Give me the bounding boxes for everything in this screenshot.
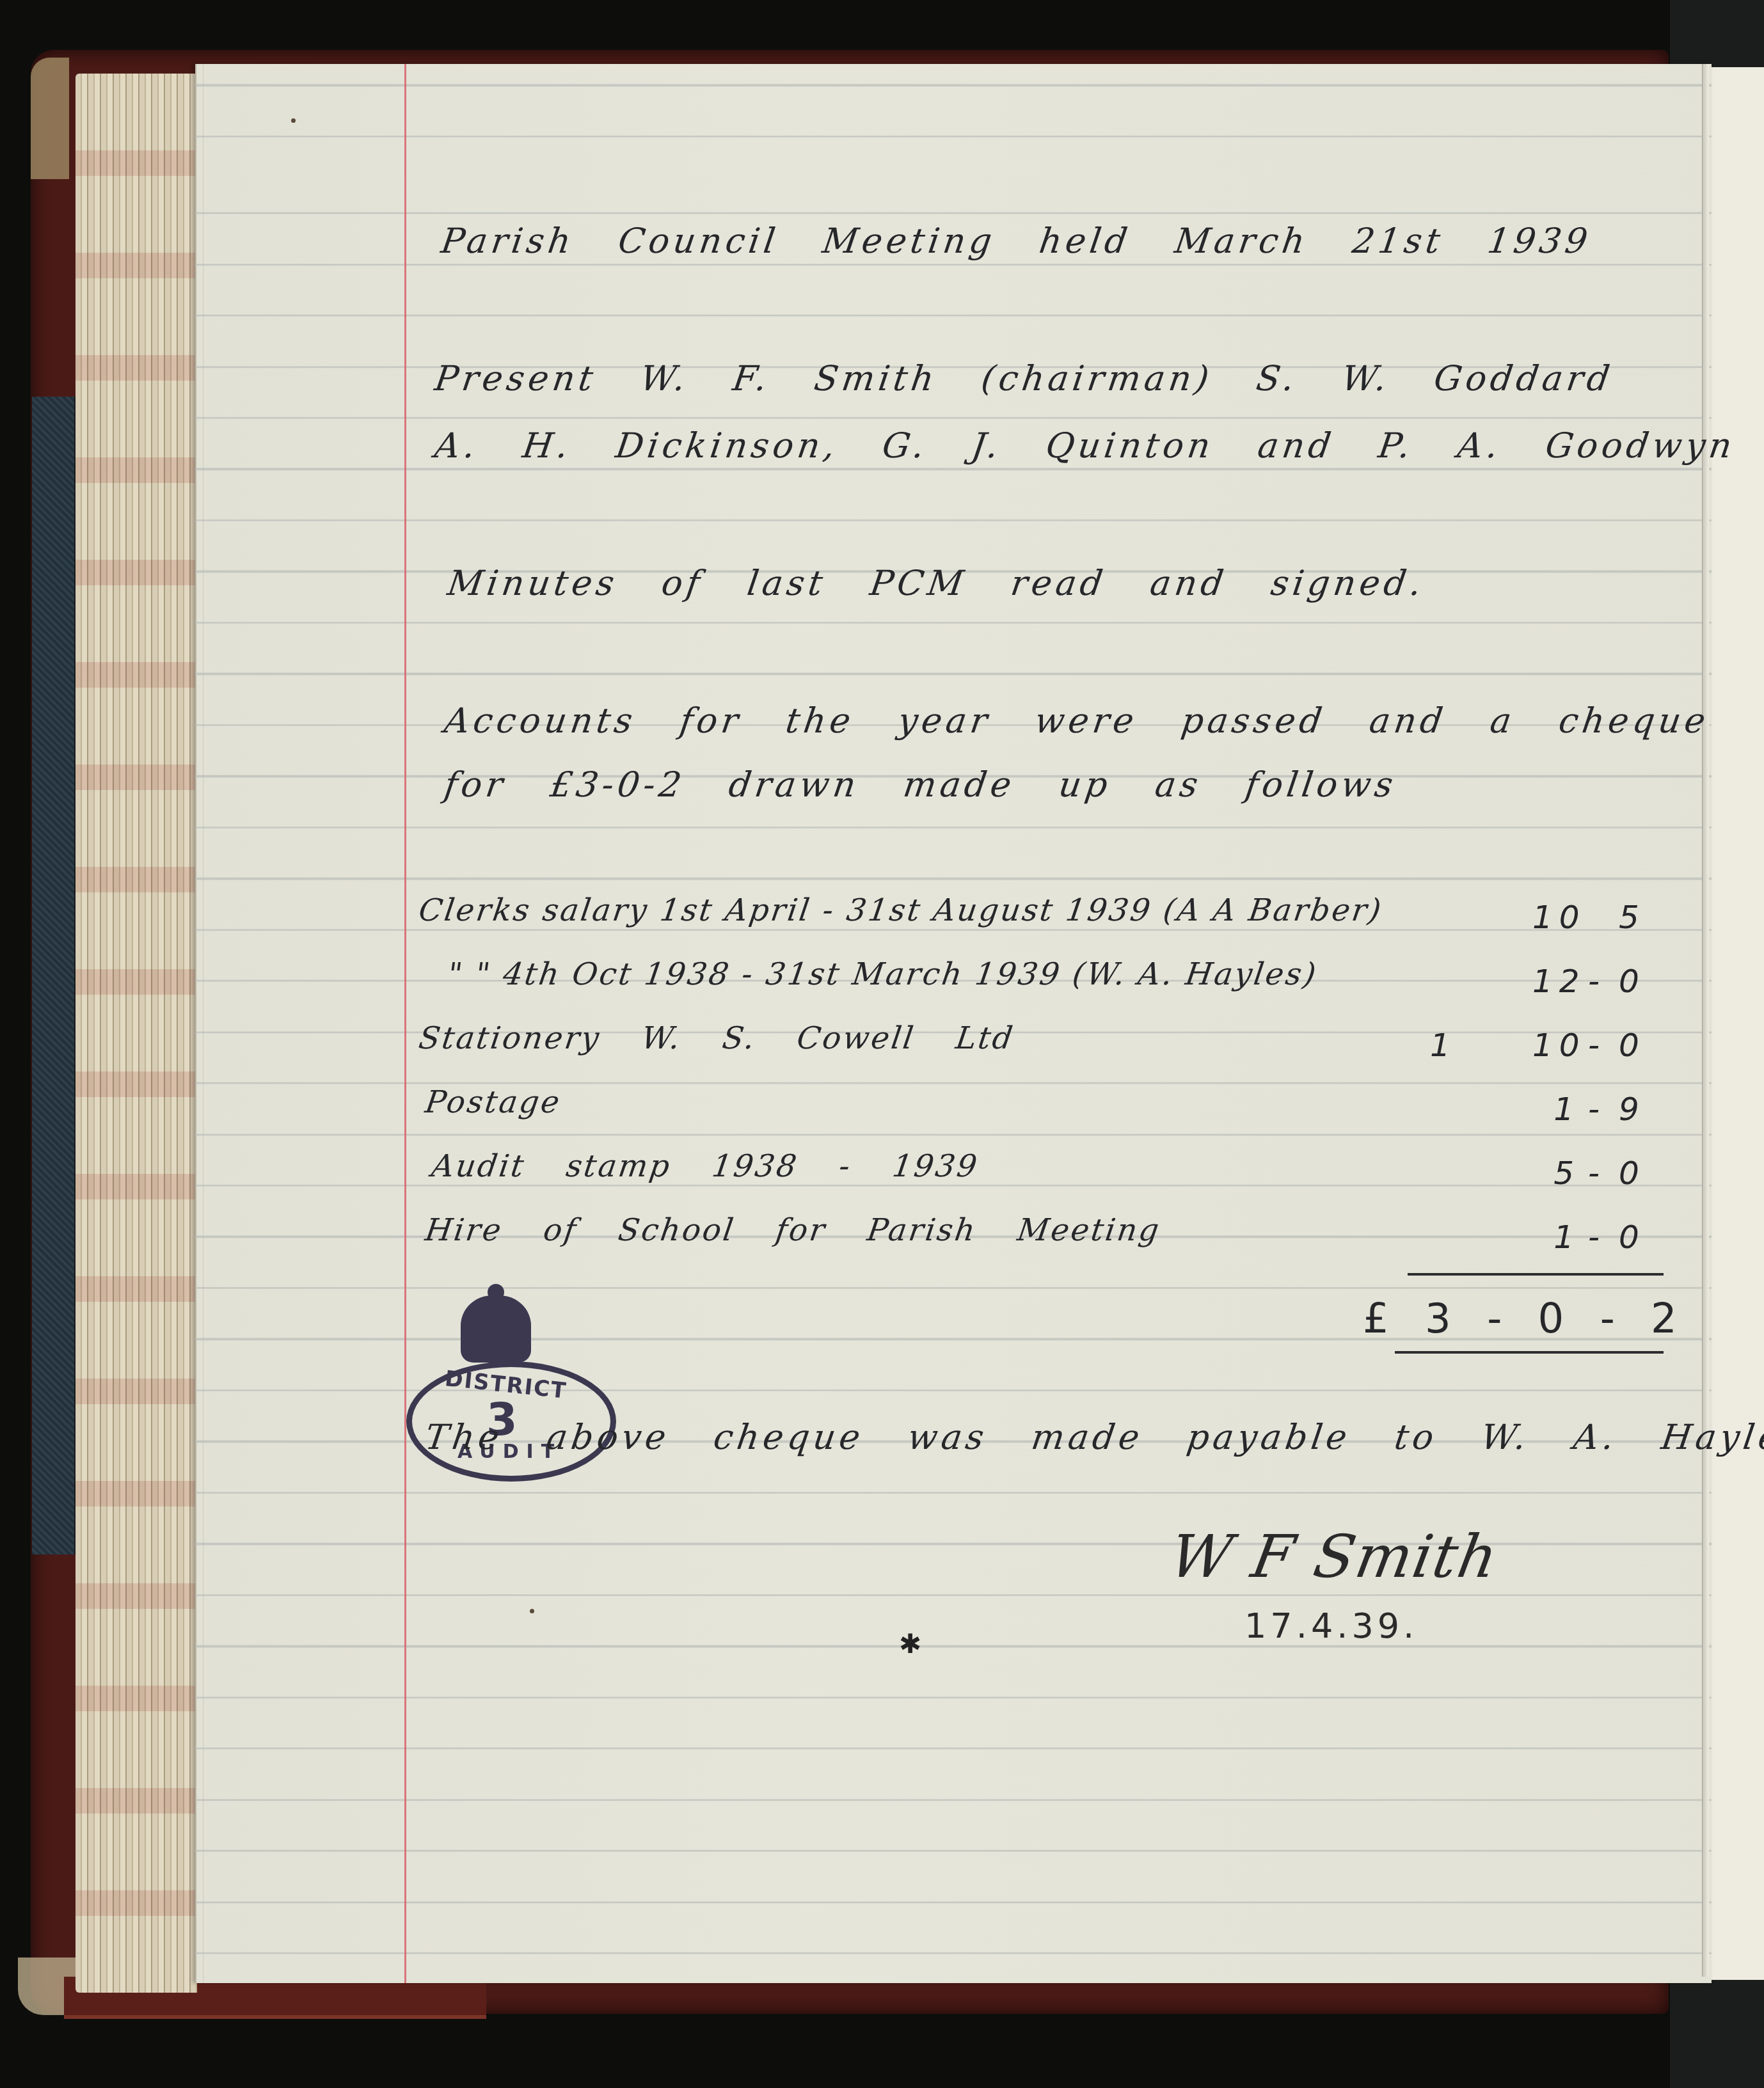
- facing-page-edge: [1708, 67, 1764, 1980]
- page-gutter: [1702, 64, 1709, 1977]
- ledger-row-dash: -: [1587, 1027, 1606, 1064]
- ledger-row-description: Postage: [423, 1084, 564, 1120]
- paper-speck: [291, 118, 296, 123]
- ledger-row-dash: -: [1587, 1219, 1606, 1256]
- ledger-row-description: Hire of School for Parish Meeting: [423, 1212, 1163, 1248]
- ledger-row-pence: 0: [1619, 1155, 1644, 1192]
- ledger-row-shillings: 10: [1532, 1027, 1584, 1064]
- payee-statement: The above cheque was made payable to W. …: [423, 1417, 1764, 1457]
- ledger-row-pounds: 1: [1430, 1027, 1456, 1064]
- ledger-row-shillings: 10: [1532, 899, 1584, 936]
- accounts-line-2: for £3-0-2 drawn made up as follows: [442, 764, 1399, 805]
- ledger-row-dash: -: [1587, 1091, 1606, 1128]
- red-margin-line: [404, 64, 406, 1983]
- ledger-row-shillings: 5: [1548, 1155, 1580, 1192]
- chairman-signature: W F Smith: [1165, 1522, 1504, 1591]
- total-rule-bottom: [1395, 1351, 1664, 1354]
- ledger-row-shillings: 12: [1532, 963, 1584, 1000]
- ledger-row-pence: 5: [1619, 899, 1644, 936]
- ledger-row-pence: 0: [1619, 1027, 1644, 1064]
- ledger-row-pence: 0: [1619, 963, 1644, 1000]
- minutes-approval: Minutes of last PCM read and signed.: [445, 563, 1428, 603]
- ledger-row-shillings: 1: [1548, 1091, 1580, 1128]
- spine-cloth: [32, 397, 75, 1554]
- ledger-row-description: Audit stamp 1938 - 1939: [429, 1148, 981, 1184]
- ledger-row-pence: 0: [1619, 1219, 1644, 1256]
- attendance-line-1: Present W. F. Smith (chairman) S. W. God…: [433, 358, 1616, 399]
- ledger-row-pence: 9: [1619, 1091, 1644, 1128]
- ledger-row-description: Clerks salary 1st April - 31st August 19…: [417, 892, 1385, 928]
- accounts-line-1: Accounts for the year were passed and a …: [442, 700, 1712, 741]
- paper-speck: [530, 1609, 534, 1613]
- ledger-row-dash: -: [1587, 1155, 1606, 1192]
- crown-icon: [461, 1295, 531, 1363]
- ledger-row-description: " " 4th Oct 1938 - 31st March 1939 (W. A…: [445, 956, 1320, 992]
- meeting-heading: Parish Council Meeting held March 21st 1…: [439, 221, 1594, 261]
- worn-cover-corner-top: [31, 58, 69, 179]
- ledger-row-dash: -: [1587, 963, 1606, 1000]
- page-edge-stack: [75, 74, 197, 1993]
- total-rule-top: [1408, 1273, 1664, 1276]
- attendance-line-2: A. H. Dickinson, G. J. Quinton and P. A.…: [433, 425, 1738, 466]
- ledger-row-shillings: 1: [1548, 1219, 1580, 1256]
- ink-blot-mark: ✱: [899, 1628, 921, 1659]
- ledger-row-description: Stationery W. S. Cowell Ltd: [417, 1020, 1017, 1056]
- signature-date: 17.4.39.: [1244, 1606, 1418, 1646]
- ledger-total: £ 3 - 0 - 2: [1363, 1295, 1651, 1343]
